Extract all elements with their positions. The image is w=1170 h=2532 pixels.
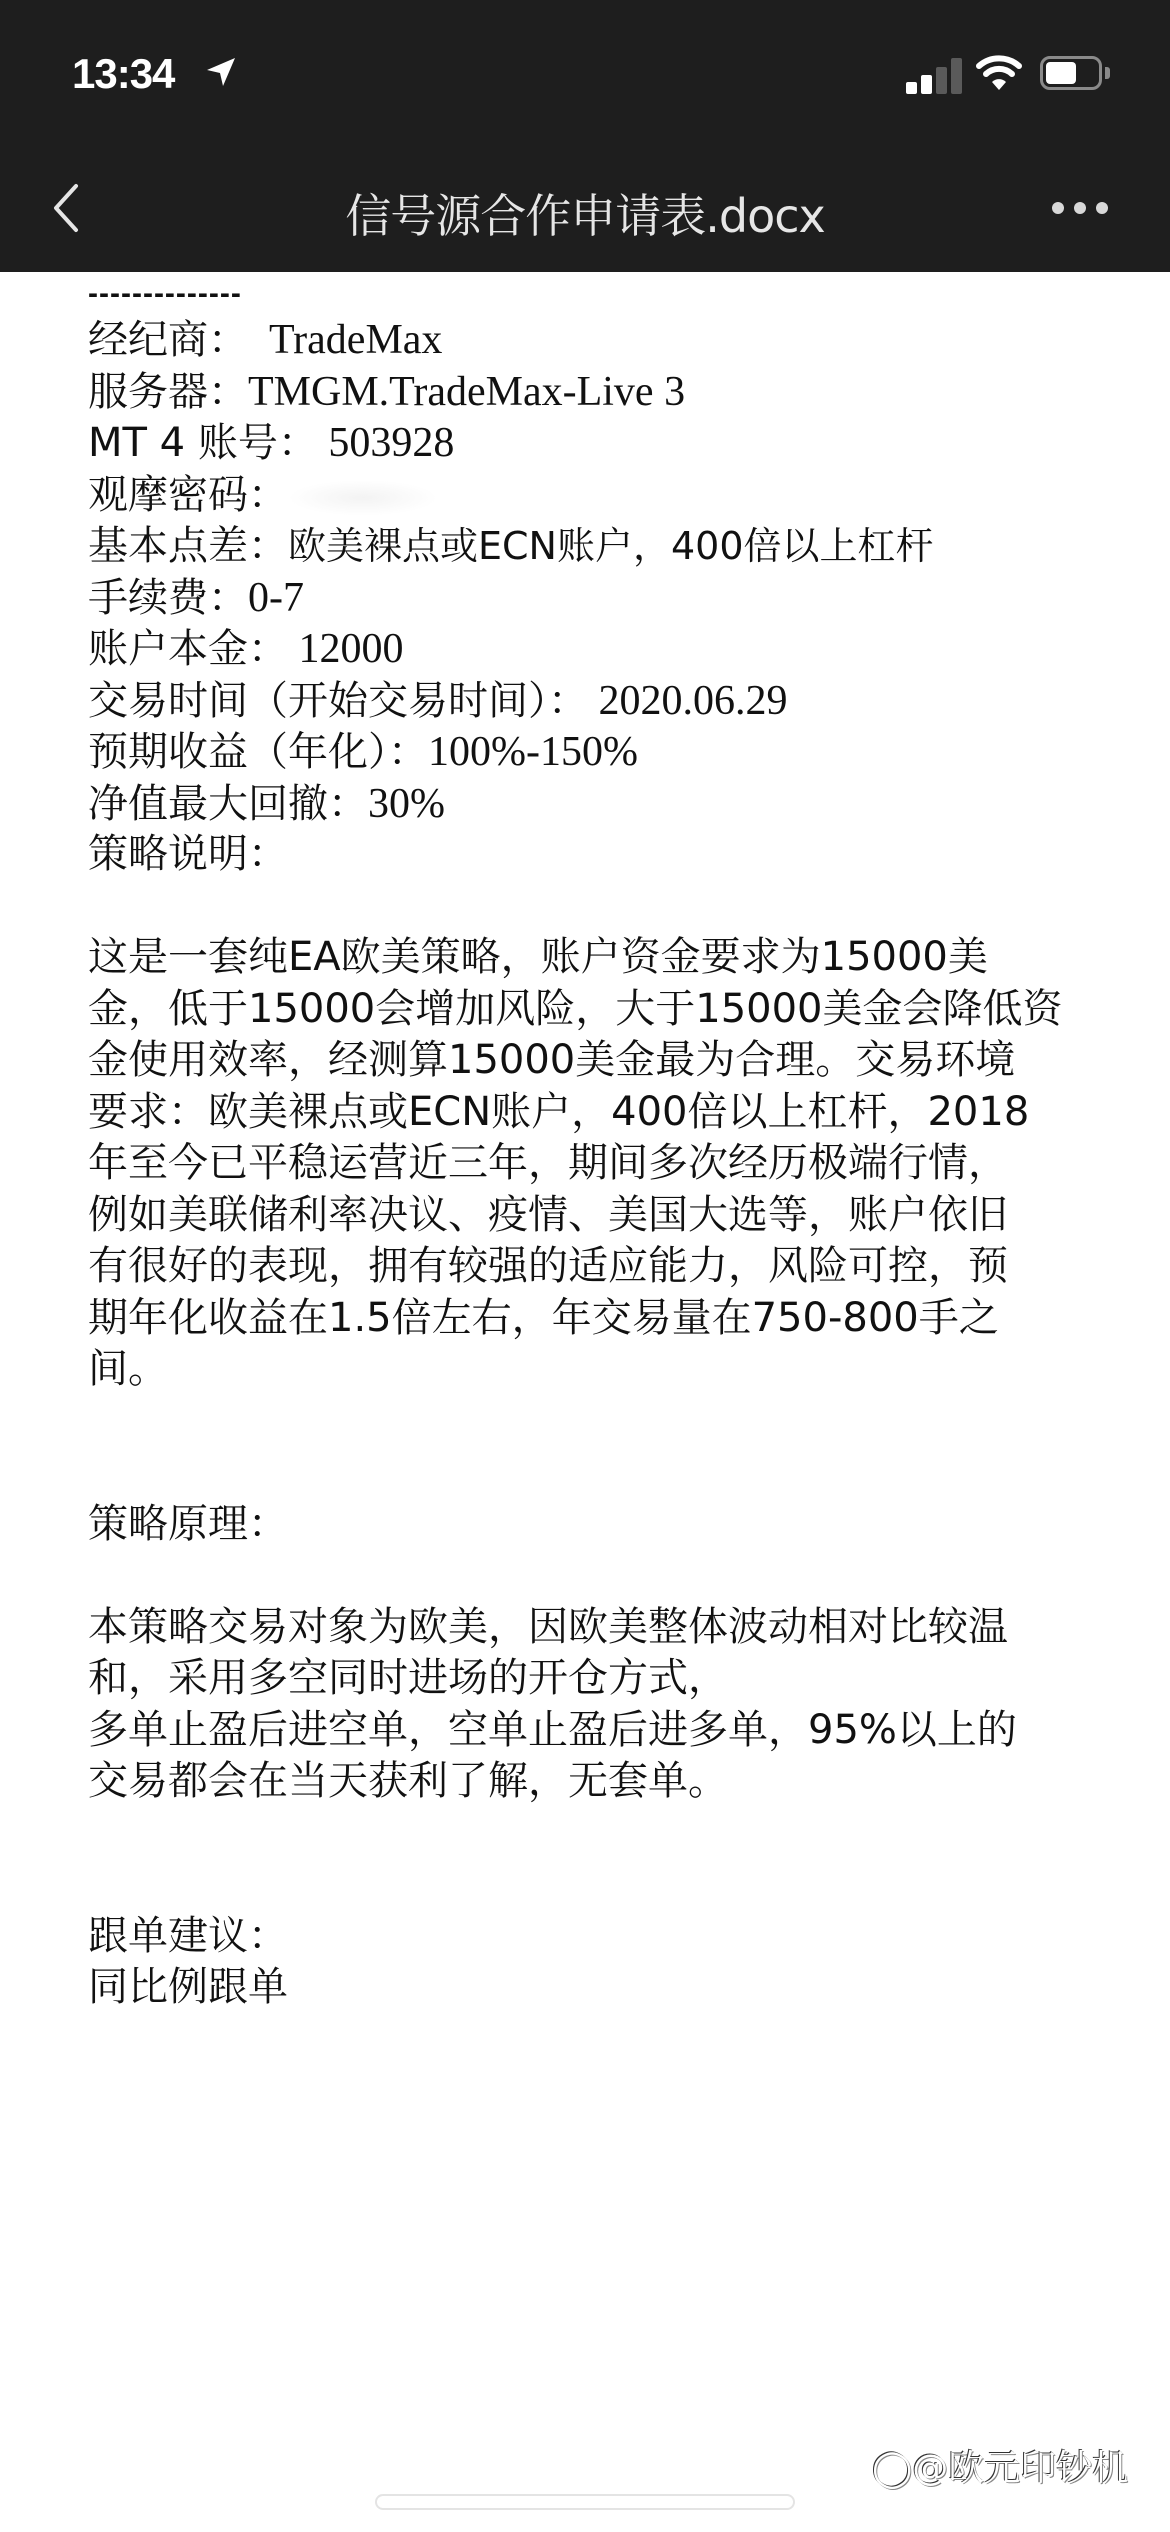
field-base-spread: 基本点差：欧美裸点或ECN账户，400倍以上杠杆 — [88, 520, 1100, 572]
paragraph-line: 要求：欧美裸点或ECN账户，400倍以上杠杆，2018 — [88, 1087, 1100, 1139]
spacer — [88, 1396, 1100, 1448]
paragraph-line: 这是一套纯EA欧美策略，账户资金要求为15000美 — [88, 932, 1100, 984]
strategy-desc-paragraph: 这是一套纯EA欧美策略，账户资金要求为15000美 金，低于15000会增加风险… — [88, 932, 1100, 1396]
document-body: -------------- 经纪商： TradeMax 服务器：TMGM.Tr… — [88, 272, 1100, 2014]
cellular-signal-icon — [906, 58, 962, 94]
field-label: 手续费： — [88, 575, 248, 621]
more-options-icon[interactable] — [1052, 196, 1112, 220]
field-label: 净值最大回撤： — [88, 781, 368, 827]
weibo-logo-icon: ◯ — [872, 2448, 912, 2489]
field-account-capital: 账户本金： 12000 — [88, 623, 1100, 675]
field-value: 503928 — [318, 420, 455, 466]
paragraph-line: 金使用效率，经测算15000美金最为合理。交易环境 — [88, 1035, 1100, 1087]
paragraph-line: 多单止盈后进空单，空单止盈后进多单，95%以上的 — [88, 1705, 1100, 1757]
field-label: 服务器： — [88, 369, 248, 415]
document-title: 信号源合作申请表.docx — [0, 180, 1170, 246]
spacer — [88, 881, 1100, 933]
field-server: 服务器：TMGM.TradeMax-Live 3 — [88, 366, 1100, 418]
field-value: 12000 — [288, 626, 404, 672]
watermark: ◯@欧元印钞机 — [872, 2440, 1128, 2491]
top-bar: 13:34 信号源合作申请表.docx — [0, 0, 1170, 272]
paragraph-line: 有很好的表现，拥有较强的适应能力，风险可控，预 — [88, 1241, 1100, 1293]
redacted-password — [288, 480, 438, 516]
field-expected-return: 预期收益（年化）：100%-150% — [88, 726, 1100, 778]
field-observer-password: 观摩密码： — [88, 469, 1100, 521]
field-max-drawdown: 净值最大回撤：30% — [88, 778, 1100, 830]
paragraph-line: 例如美联储利率决议、疫情、美国大选等，账户依旧 — [88, 1190, 1100, 1242]
field-commission: 手续费：0-7 — [88, 572, 1100, 624]
strategy-desc-heading: 策略说明： — [88, 829, 1100, 881]
spacer — [88, 1447, 1100, 1499]
field-trade-start: 交易时间（开始交易时间）： 2020.06.29 — [88, 675, 1100, 727]
status-time: 13:34 — [72, 50, 174, 98]
spacer — [88, 1859, 1100, 1911]
wifi-icon — [975, 52, 1023, 94]
field-label: 预期收益（年化）： — [88, 729, 428, 775]
paragraph-line: 金，低于15000会增加风险，大于15000美金会降低资 — [88, 984, 1100, 1036]
field-value: 0-7 — [248, 575, 304, 621]
paragraph-line: 和，采用多空同时进场的开仓方式， — [88, 1653, 1100, 1705]
battery-icon — [1040, 56, 1110, 92]
paragraph-line: 交易都会在当天获利了解，无套单。 — [88, 1756, 1100, 1808]
paragraph-line: 年至今已平稳运营近三年，期间多次经历极端行情， — [88, 1138, 1100, 1190]
field-broker: 经纪商： TradeMax — [88, 314, 1100, 366]
strategy-principle-paragraph: 本策略交易对象为欧美，因欧美整体波动相对比较温 和，采用多空同时进场的开仓方式，… — [88, 1602, 1100, 1808]
paragraph-line: 间。 — [88, 1344, 1100, 1396]
strategy-principle-heading: 策略原理： — [88, 1499, 1100, 1551]
follow-advice-heading: 跟单建议： — [88, 1911, 1100, 1963]
home-indicator[interactable] — [375, 2494, 795, 2510]
paragraph-line: 本策略交易对象为欧美，因欧美整体波动相对比较温 — [88, 1602, 1100, 1654]
field-value: 欧美裸点或ECN账户，400倍以上杠杆 — [288, 524, 934, 568]
field-value: TradeMax — [248, 317, 442, 363]
field-label: 经纪商： — [88, 317, 248, 363]
field-label: 交易时间（开始交易时间）： — [88, 678, 588, 724]
location-arrow-icon — [205, 56, 237, 88]
field-value: 100%-150% — [428, 729, 638, 775]
divider: -------------- — [88, 274, 1100, 314]
field-label: MT 4 账号： — [88, 420, 318, 466]
field-value: 2020.06.29 — [588, 678, 788, 724]
field-mt4-account: MT 4 账号： 503928 — [88, 417, 1100, 469]
watermark-text: @欧元印钞机 — [912, 2448, 1128, 2489]
field-label: 观摩密码： — [88, 472, 288, 518]
field-value: 30% — [368, 781, 445, 827]
follow-advice-value: 同比例跟单 — [88, 1962, 1100, 2014]
field-value: TMGM.TradeMax-Live 3 — [248, 369, 685, 415]
spacer — [88, 1808, 1100, 1860]
spacer — [88, 1550, 1100, 1602]
field-label: 基本点差： — [88, 523, 288, 569]
field-label: 账户本金： — [88, 626, 288, 672]
paragraph-line: 期年化收益在1.5倍左右，年交易量在750-800手之 — [88, 1293, 1100, 1345]
